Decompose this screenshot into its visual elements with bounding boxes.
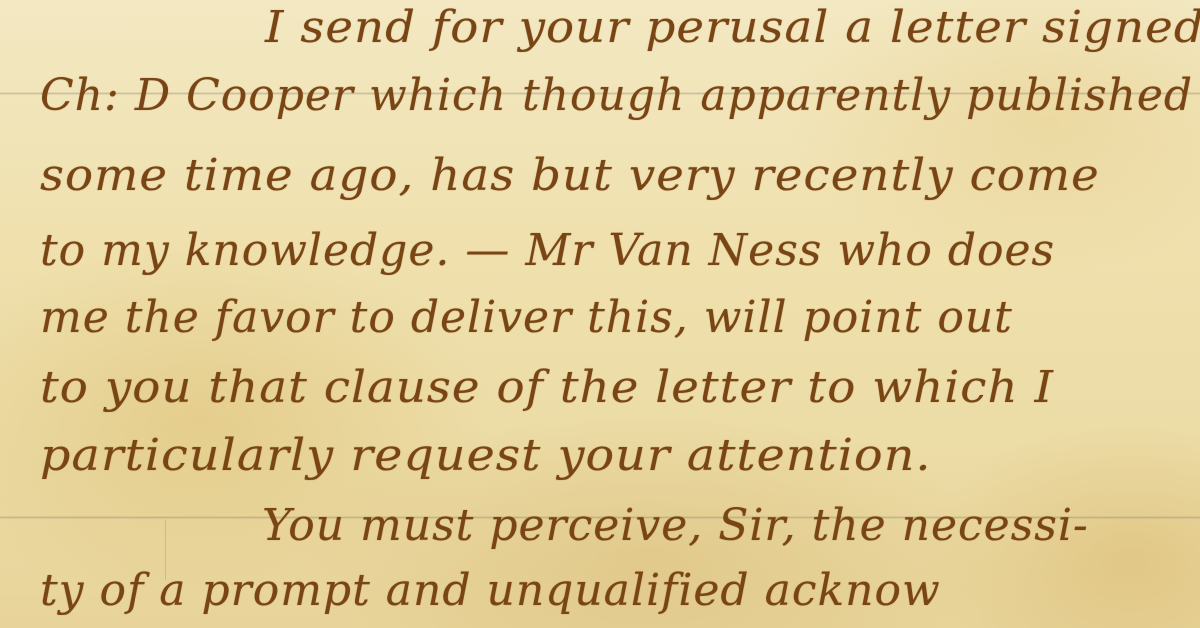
letter-line-6: to you that clause of the letter to whic…: [40, 362, 1054, 413]
letter-page: I send for your perusal a letter signed …: [0, 0, 1200, 628]
letter-line-4: to my knowledge. — Mr Van Ness who does: [40, 225, 1055, 276]
letter-line-1: I send for your perusal a letter signed: [265, 2, 1200, 53]
letter-line-8: You must perceive, Sir, the necessi-: [262, 500, 1089, 551]
letter-line-9: ty of a prompt and unqualified acknow: [40, 565, 941, 616]
letter-line-2: Ch: D Cooper which though apparently pub…: [40, 70, 1193, 121]
letter-line-5: me the favor to deliver this, will point…: [40, 292, 1013, 343]
letter-line-7: particularly request your attention.: [40, 430, 932, 481]
letter-line-3: some time ago, has but very recently com…: [40, 150, 1100, 201]
